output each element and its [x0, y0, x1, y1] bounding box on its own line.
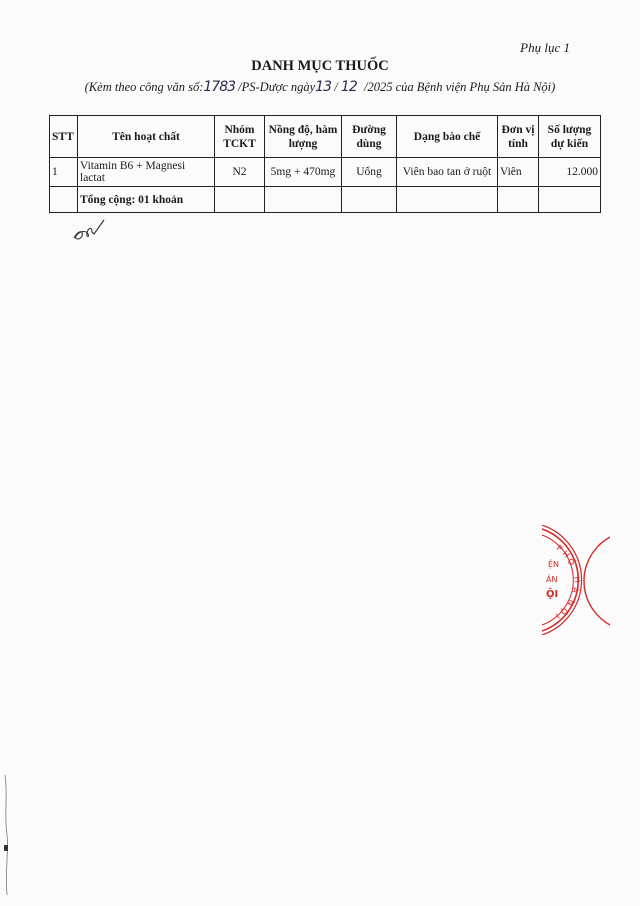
seal-icon: P H Ố H À N Ộ I ỆN ẢN ỘI: [540, 525, 610, 635]
drug-list-table: STT Tên hoạt chất Nhóm TCKT Nồng độ, hàm…: [49, 115, 601, 213]
header-dosage-form: Dạng bào chế: [397, 116, 498, 158]
cell-group: N2: [215, 158, 265, 187]
handwritten-doc-number: 1783: [203, 79, 235, 95]
table-header-row: STT Tên hoạt chất Nhóm TCKT Nồng độ, hàm…: [50, 116, 601, 158]
header-route: Đường dùng: [342, 116, 397, 158]
subtitle-suffix: /2025 của Bệnh viện Phụ Sản Hà Nội): [361, 80, 555, 94]
header-quantity: Số lượng dự kiến: [539, 116, 601, 158]
table-total-row: Tổng cộng: 01 khoản: [50, 187, 601, 213]
cell-empty: [397, 187, 498, 213]
svg-text:ẢN: ẢN: [546, 573, 557, 584]
header-active-ingredient: Tên hoạt chất: [78, 116, 215, 158]
cell-quantity: 12.000: [539, 158, 601, 187]
scan-edge-mark: [2, 775, 14, 900]
header-unit: Đơn vị tính: [498, 116, 539, 158]
cell-empty: [539, 187, 601, 213]
cell-empty: [265, 187, 342, 213]
handwritten-day: 13: [315, 79, 331, 95]
cell-unit: Viên: [498, 158, 539, 187]
table-row: 1 Vitamin B6 + Magnesi lactat N2 5mg + 4…: [50, 158, 601, 187]
appendix-label: Phụ lục 1: [520, 40, 570, 56]
svg-text:H: H: [572, 576, 582, 583]
document-subtitle: (Kèm theo công văn số:1783 /PS-Dược ngày…: [0, 79, 640, 95]
red-seal-stamp: P H Ố H À N Ộ I ỆN ẢN ỘI: [540, 525, 610, 640]
subtitle-prefix: (Kèm theo công văn số:: [85, 80, 204, 94]
subtitle-sep: /: [331, 80, 341, 94]
header-strength: Nồng độ, hàm lượng: [265, 116, 342, 158]
signature-scribble-icon: [70, 218, 110, 244]
document-title: DANH MỤC THUỐC: [0, 58, 640, 75]
cell-strength: 5mg + 470mg: [265, 158, 342, 187]
scan-artifact-icon: [2, 775, 14, 895]
svg-text:ỘI: ỘI: [546, 587, 558, 600]
cell-stt: 1: [50, 158, 78, 187]
handwritten-initials-signature: [70, 218, 110, 249]
svg-text:À: À: [570, 587, 581, 594]
cell-dosage-form: Viên bao tan ở ruột: [397, 158, 498, 187]
header-stt: STT: [50, 116, 78, 158]
subtitle-middle: /PS-Dược ngày: [235, 80, 315, 94]
cell-empty: [215, 187, 265, 213]
header-group: Nhóm TCKT: [215, 116, 265, 158]
cell-route: Uống: [342, 158, 397, 187]
svg-text:ỆN: ỆN: [548, 558, 559, 570]
cell-empty: [342, 187, 397, 213]
handwritten-month: 12: [341, 79, 361, 95]
cell-active-ingredient: Vitamin B6 + Magnesi lactat: [78, 158, 215, 187]
total-label: Tổng cộng: 01 khoản: [78, 187, 215, 213]
cell-empty: [498, 187, 539, 213]
cell-empty: [50, 187, 78, 213]
